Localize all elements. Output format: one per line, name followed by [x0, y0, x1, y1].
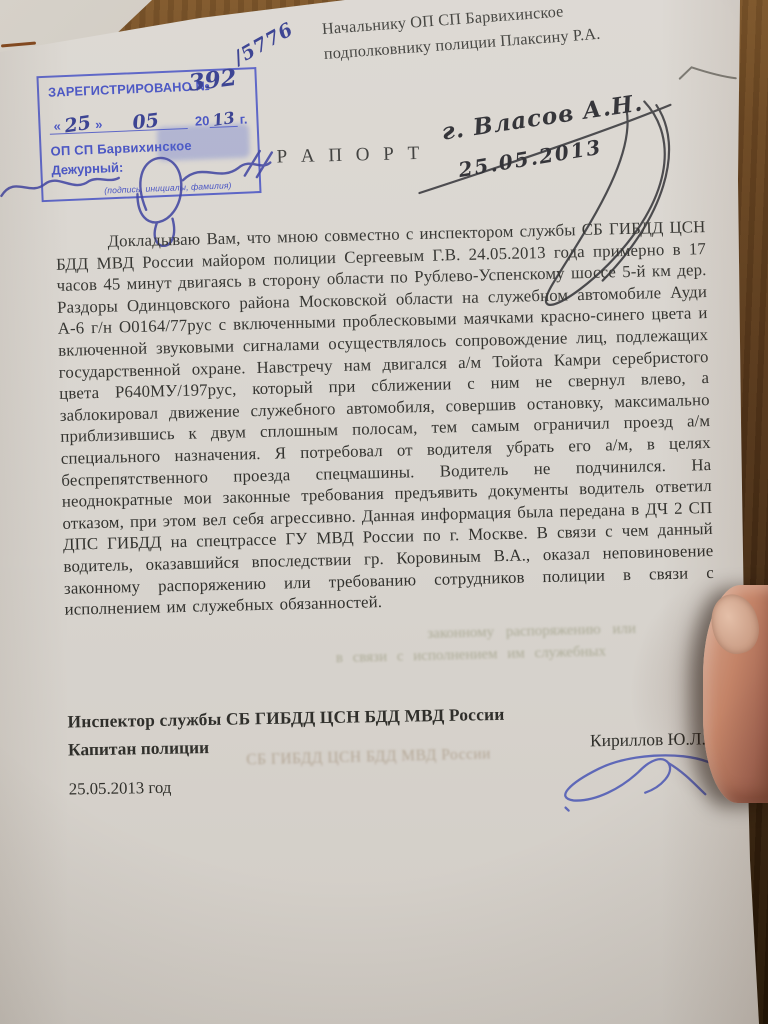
- report-date: 25.05.2013 год: [69, 768, 719, 799]
- inspector-role-line: Инспектор службы СБ ГИБДД ЦСН БДД МВД Ро…: [67, 700, 717, 732]
- inspector-rank: Капитан полиции: [68, 737, 209, 760]
- report-title: Р А П О Р Т: [276, 143, 424, 169]
- signature-block: Инспектор службы СБ ГИБДД ЦСН БДД МВД Ро…: [67, 700, 718, 799]
- bleedthrough-line-1: законному распоряжению или: [427, 621, 636, 643]
- stamp-quote-close: »: [95, 117, 103, 132]
- finger: [703, 585, 768, 803]
- inspector-name: Кириллов Ю.Л.: [590, 728, 718, 751]
- resolution-line-2: 25.05.2013: [457, 135, 604, 182]
- bleedthrough-line-2: в связи с исполнением им служебных: [336, 644, 607, 668]
- document-content: Начальнику ОП СП Барвихинское подполковн…: [0, 0, 768, 1024]
- resolution-line-1: г. Власов А.Н.: [440, 89, 645, 145]
- report-body: Докладываю Вам, что мною совместно с инс…: [55, 216, 714, 620]
- document-page: Начальнику ОП СП Барвихинское подполковн…: [0, 0, 768, 1024]
- stamp-number-secondary: /5776: [230, 18, 297, 69]
- pen-tick-mark: [680, 66, 736, 79]
- header-address: Начальнику ОП СП Барвихинское подполковн…: [321, 0, 724, 67]
- photo-scene: Начальнику ОП СП Барвихинское подполковн…: [0, 0, 768, 1024]
- stamp-quote-open: «: [53, 118, 61, 133]
- registration-stamp: ЗАРЕГИСТРИРОВАНО № 392 /5776 « 25 » 05 2…: [36, 67, 261, 202]
